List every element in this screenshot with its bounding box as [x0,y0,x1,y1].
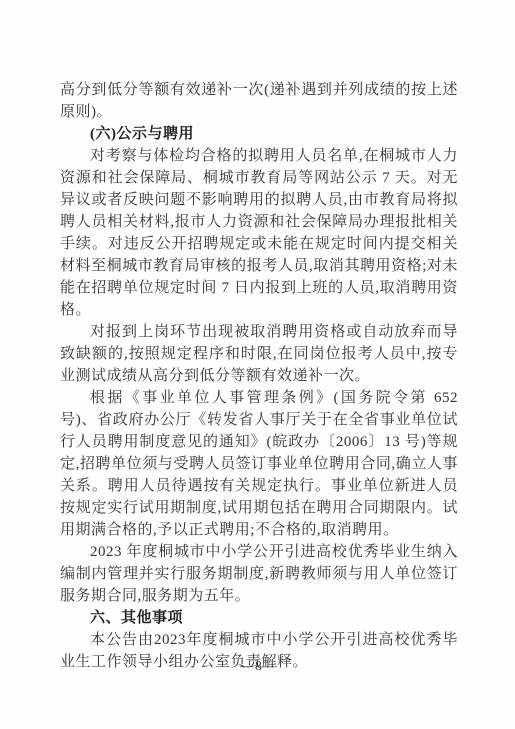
document-page: 高分到低分等额有效递补一次(递补遇到并列成绩的按上述原则)。 (六)公示与聘用 … [0,0,515,729]
page-number: —8— [60,659,458,675]
paragraph: 对报到上岗环节出现被取消聘用资格或自动放弃而导致缺额的,按照规定程序和时限,在同… [60,321,458,387]
paragraph: 2023 年度桐城市中小学公开引进高校优秀毕业生纳入编制内管理并实行服务期制度,… [60,541,458,607]
paragraph-continuation: 高分到低分等额有效递补一次(递补遇到并列成绩的按上述原则)。 [60,79,458,123]
paragraph: 根据《事业单位人事管理条例》(国务院令第 652 号)、省政府办公厅《转发省人事… [60,387,458,541]
section-heading-other-matters: 六、其他事项 [60,607,458,629]
document-content: 高分到低分等额有效递补一次(递补遇到并列成绩的按上述原则)。 (六)公示与聘用 … [60,79,458,673]
paragraph: 对考察与体检均合格的拟聘用人员名单,在桐城市人力资源和社会保障局、桐城市教育局等… [60,145,458,321]
section-heading-publicity-and-employment: (六)公示与聘用 [60,123,458,145]
